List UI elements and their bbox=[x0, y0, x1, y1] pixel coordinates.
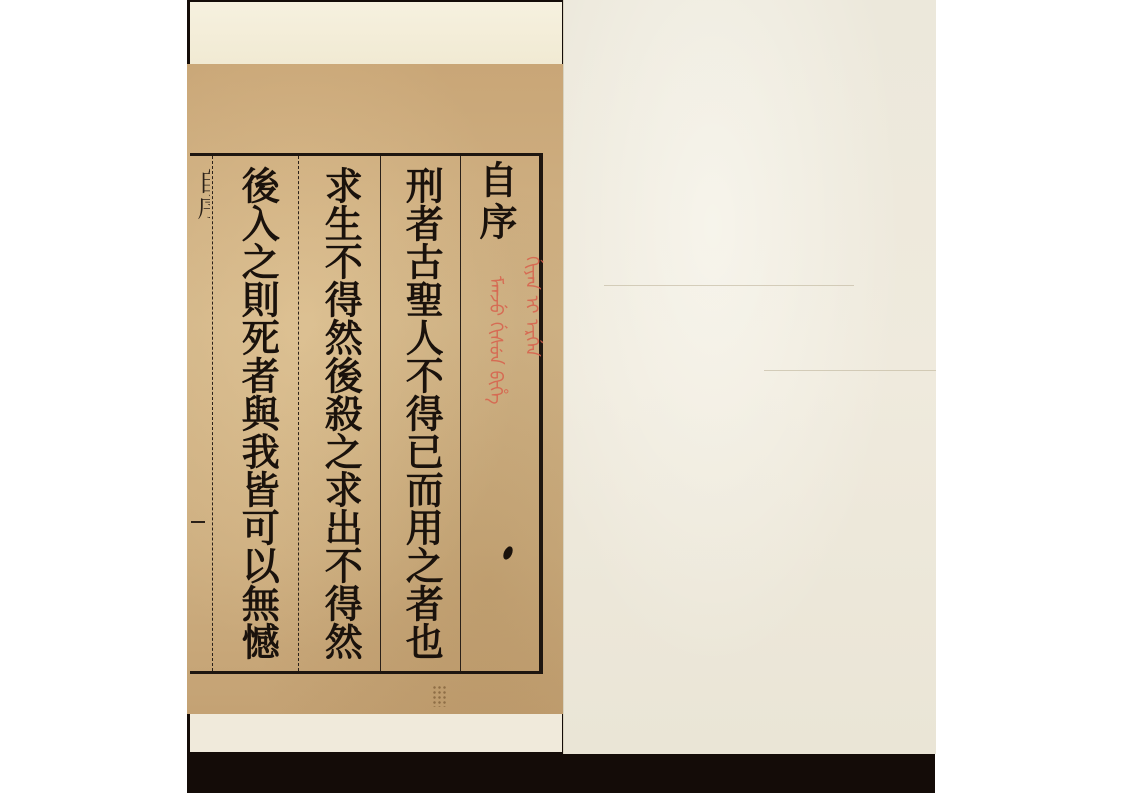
bottom-mount-strip bbox=[190, 714, 562, 752]
manchu-annotation-2-text: ᠮᠠᠨᠵᡠ ᡤᡳᠰᡠᠨ ᠪᡳᡥᡝ bbox=[485, 276, 506, 405]
text-column-2: 求生不得然後殺之求出不得然 bbox=[315, 166, 365, 660]
banxin-rule bbox=[212, 156, 213, 671]
left-leaf: 自序 自序 刑者古聖人不得已而用之者也 求生不得然後殺之求出不得然 後入之則死者… bbox=[187, 2, 563, 752]
text-column-3-text: 後入之則死者與我皆可以無憾 bbox=[236, 166, 279, 660]
manchu-annotation-1-text: ᡤᡳᠶᠠᠨ ᡳ ᡝᡵᡤᡝᠨ bbox=[521, 256, 542, 357]
paper-crease bbox=[604, 285, 854, 286]
preface-title-text: 自序 bbox=[472, 160, 518, 244]
printed-frame: 自序 自序 刑者古聖人不得已而用之者也 求生不得然後殺之求出不得然 後入之則死者… bbox=[190, 153, 543, 674]
column-rule bbox=[460, 156, 461, 671]
perforation-mark bbox=[432, 685, 448, 707]
text-column-3: 後入之則死者與我皆可以無憾 bbox=[232, 166, 282, 660]
text-column-2-text: 求生不得然後殺之求出不得然 bbox=[319, 166, 362, 660]
banxin-page-number bbox=[191, 521, 205, 523]
paper-crease bbox=[764, 370, 936, 371]
scanned-book-spread: 自序 自序 刑者古聖人不得已而用之者也 求生不得然後殺之求出不得然 後入之則死者… bbox=[187, 0, 935, 793]
column-rule bbox=[380, 156, 381, 671]
banxin-title: 自序 bbox=[190, 168, 210, 230]
right-leaf-blank bbox=[563, 0, 936, 754]
text-column-1: 刑者古聖人不得已而用之者也 bbox=[396, 166, 446, 660]
column-rule bbox=[298, 156, 299, 671]
text-column-1-text: 刑者古聖人不得已而用之者也 bbox=[400, 166, 443, 660]
banxin-title-text: 自序 bbox=[190, 168, 210, 220]
manchu-annotation-1: ᡤᡳᠶᠠᠨ ᡳ ᡝᡵᡤᡝᠨ bbox=[516, 256, 547, 676]
preface-title: 自序 bbox=[472, 160, 518, 244]
manchu-annotation-2: ᠮᠠᠨᠵᡠ ᡤᡳᠰᡠᠨ ᠪᡳᡥᡝ bbox=[480, 276, 511, 636]
top-mount-strip bbox=[190, 2, 562, 64]
